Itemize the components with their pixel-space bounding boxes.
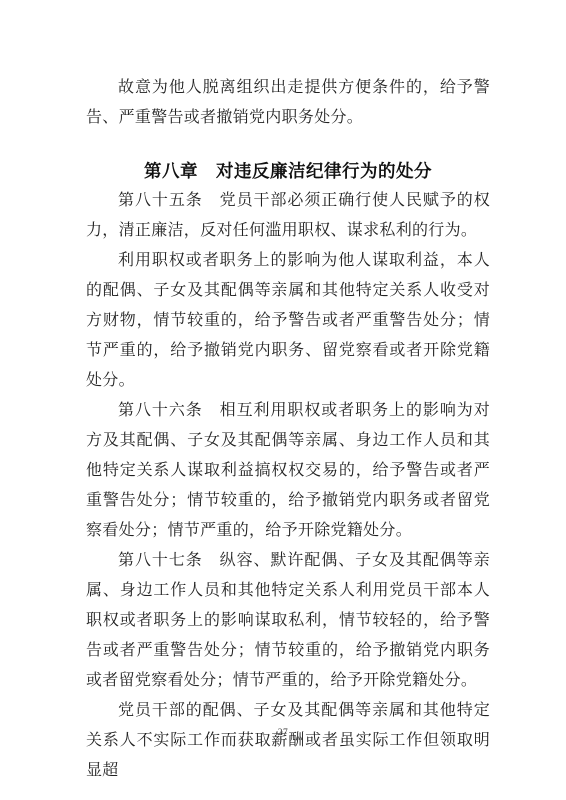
page-number: 27 [0, 726, 566, 740]
paragraph-prev-article-tail: 故意为他人脱离组织出走提供方便条件的，给予警告、严重警告或者撤销党内职务处分。 [86, 73, 490, 133]
document-page: 故意为他人脱离组织出走提供方便条件的，给予警告、严重警告或者撤销党内职务处分。 … [0, 0, 566, 800]
paragraph-article-87: 第八十七条 纵容、默许配偶、子女及其配偶等亲属、身边工作人员和其他特定关系人利用… [86, 546, 490, 696]
document-content: 故意为他人脱离组织出走提供方便条件的，给予警告、严重警告或者撤销党内职务处分。 … [86, 73, 490, 786]
paragraph-article-87-clause-2: 党员干部的配偶、子女及其配偶等亲属和其他特定关系人不实际工作而获取薪酬或者虽实际… [86, 696, 490, 786]
paragraph-article-85: 第八十五条 党员干部必须正确行使人民赋予的权力，清正廉洁，反对任何滥用职权、谋求… [86, 186, 490, 246]
paragraph-article-86: 第八十六条 相互利用职权或者职务上的影响为对方及其配偶、子女及其配偶等亲属、身边… [86, 396, 490, 546]
chapter-8-heading: 第八章 对违反廉洁纪律行为的处分 [86, 156, 490, 186]
paragraph-article-85-clause-2: 利用职权或者职务上的影响为他人谋取利益，本人的配偶、子女及其配偶等亲属和其他特定… [86, 246, 490, 396]
